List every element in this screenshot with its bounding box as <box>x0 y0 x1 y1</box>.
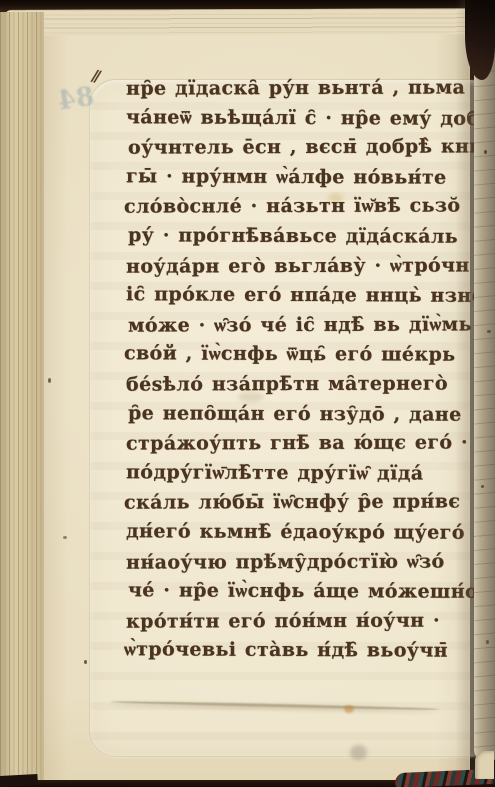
manuscript-line: дн́его́ кьмнѣ̑ е́даоу́кро́ щу́его́ <box>126 517 472 548</box>
book-fore-edge-pages <box>0 12 44 787</box>
ink-speck <box>487 330 491 333</box>
manuscript-text-block: нр̑е дїдаска̑ ру́н вьнта́ , пьма ннча́не… <box>126 74 472 666</box>
manuscript-line: нн́аоу́чю прѣ́му̑дро́стїю̀ ѡ̑зо́ <box>126 547 472 578</box>
manuscript-line: сво́й , їѡ̀снфь ѿць̑ его́ ше́крь <box>124 340 472 371</box>
manuscript-line: гы̄ · нру́нмн ѡ̀а́лфе но́вьн́те <box>126 162 472 193</box>
manuscript-photo: 84 // нр̑е дїдаска̑ ру́н вьнта́ , пьма н… <box>0 0 495 787</box>
manuscript-line: ѡ̀тро́чевьі ста̀вь н́дѣ̑ вьоу́чн̄ <box>124 636 472 667</box>
ink-speck <box>48 378 51 383</box>
manuscript-line: кро́тн́тн его́ по́н́мн н́оу́чн · <box>126 606 472 637</box>
manuscript-line: сло́во̀снле́ · на́зьтн їѡ̆вѣ̄ сьзо̆ <box>124 192 472 223</box>
ink-speck <box>484 150 487 154</box>
parchment-stain <box>344 705 354 713</box>
binding-bottom-left <box>0 774 38 787</box>
manuscript-line: стра́жоу́пть гнѣ̄ ва ю́щє его́ · <box>126 429 472 460</box>
manuscript-line: оу́чнтель е̄сн , вєсн̄ добрѣ̀ кнн́ <box>128 133 472 164</box>
adjacent-page-edge <box>474 30 495 760</box>
showthrough-numeral: 84 <box>56 81 96 116</box>
ink-speck <box>84 660 87 664</box>
manuscript-line: по́дру́гїѡ̄лѣ̑тте дру́гїѡ̑ дїда́ <box>126 458 472 489</box>
ink-speck <box>481 485 484 488</box>
manuscript-line: ска́ль лю́бы̄ їѡ̑снфу́ р̑е прн́вє <box>124 488 472 519</box>
manuscript-line: р̑е непо̑ща́н его́ нзу̑до̄ , дане <box>128 399 472 430</box>
manuscript-line: іс̑ про́кле его́ нпа́де ннць̀ нзне <box>126 280 472 311</box>
manuscript-line: ру́ · про́гнѣ̄ва́вьсе дїда́ска́ль <box>128 221 472 252</box>
page-stack-top-edges <box>4 8 478 36</box>
manuscript-line: нр̑е дїдаска̑ ру́н вьнта́ , пьма нн <box>126 73 472 104</box>
parchment-stain <box>350 745 367 760</box>
binding-corner <box>465 0 495 80</box>
manuscript-line: че́ · нр̑е їѡ̀снфь а́ще мо́жешн́оу̑ <box>128 576 472 607</box>
manuscript-line: бе́ѕѣло́ нза́прѣ̄тн ма̑тернего̀ <box>126 369 472 400</box>
manuscript-line: ча́неѿ вьѣща́лї с̑ · нр̑е ему́ добрн́ <box>126 103 472 134</box>
manuscript-line: мо́же · ѡ̑зо́ че́ іс̑ ндѣ̑ вь дїѡ̀мь <box>128 310 472 341</box>
ink-speck <box>63 536 67 539</box>
under-page-corner <box>475 751 494 779</box>
ink-speck <box>486 640 489 644</box>
manuscript-line: ноу́да́рн его̀ вьгла́ву̀ · ѡ̀тро́чн <box>126 251 472 282</box>
